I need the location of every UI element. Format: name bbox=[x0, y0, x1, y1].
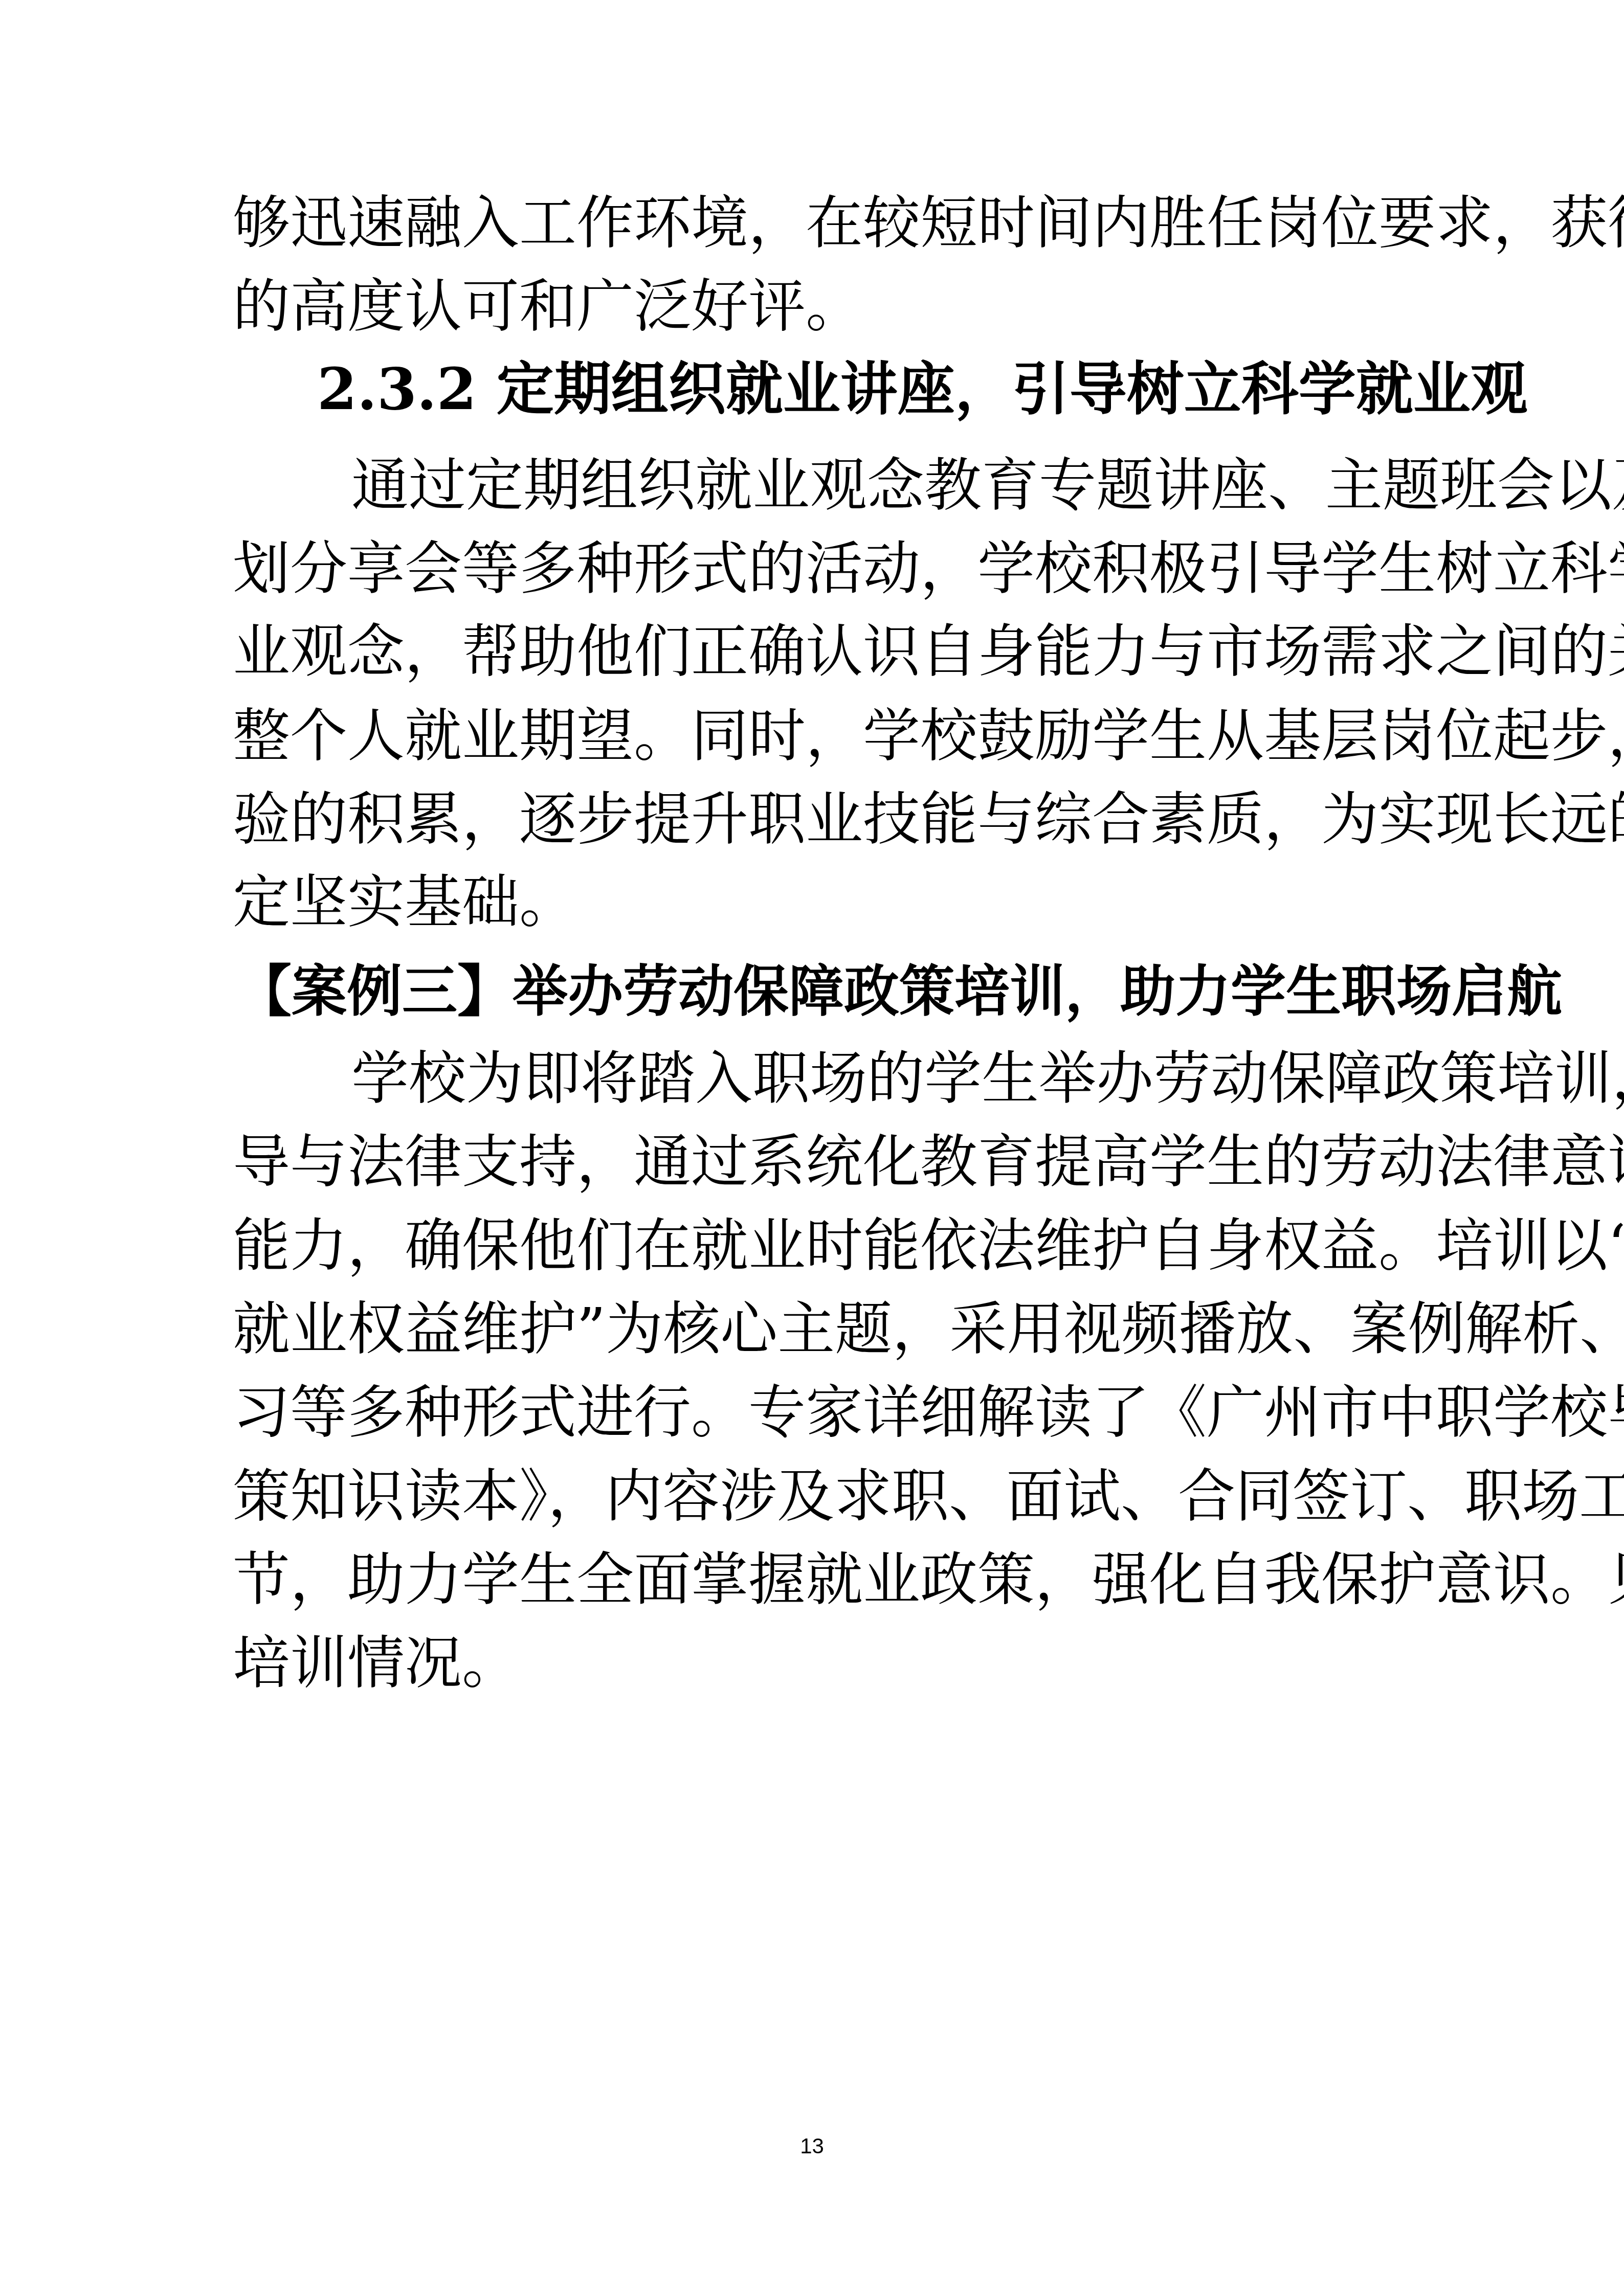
paragraph-line: 通过定期组织就业观念教育专题讲座、主题班会以及职业生涯规 bbox=[351, 450, 1374, 522]
paragraph-line: 整个人就业期望。同时，学校鼓励学生从基层岗位起步，注重实践经 bbox=[233, 701, 1374, 772]
document-page: 够迅速融入工作环境，在较短时间内胜任岗位要求，获得了用人单位 的高度认可和广泛好… bbox=[0, 0, 1624, 2296]
paragraph-line: 验的积累，逐步提升职业技能与综合素质，为实现长远的职业目标奠 bbox=[233, 784, 1374, 856]
paragraph-line: 节，助力学生全面掌握就业政策，强化自我保护意识。见图 2-5 学生 bbox=[233, 1544, 1374, 1616]
paragraph-line: 够迅速融入工作环境，在较短时间内胜任岗位要求，获得了用人单位 bbox=[233, 188, 1374, 259]
section-heading: 2.3.2 定期组织就业讲座，引导树立科学就业观 bbox=[317, 354, 1528, 425]
case-heading: 【案例三】举办劳动保障政策培训，助力学生职场启航 bbox=[236, 956, 1562, 1028]
paragraph-line: 能力，确保他们在就业时能依法维护自身权益。培训以“毕业生劳动 bbox=[233, 1210, 1374, 1282]
paragraph-line: 导与法律支持，通过系统化教育提高学生的劳动法律意识和职场适应 bbox=[233, 1127, 1374, 1198]
paragraph-line: 习等多种形式进行。专家详细解读了《广州市中职学校毕业生就业政 bbox=[233, 1377, 1374, 1449]
paragraph-line: 定坚实基础。 bbox=[233, 867, 1374, 938]
paragraph-line: 就业权益维护”为核心主题，采用视频播放、案例解析、法律法规学 bbox=[233, 1294, 1374, 1365]
paragraph-line: 培训情况。 bbox=[233, 1628, 1374, 1699]
page-number: 13 bbox=[0, 2133, 1624, 2159]
paragraph-line: 划分享会等多种形式的活动，学校积极引导学生树立科学、合理的就 bbox=[233, 533, 1374, 605]
paragraph-line: 的高度认可和广泛好评。 bbox=[233, 271, 1374, 343]
paragraph-line: 策知识读本》，内容涉及求职、面试、合同签订、职场工作等重要环 bbox=[233, 1461, 1374, 1533]
paragraph-line: 学校为即将踏入职场的学生举办劳动保障政策培训，给予全面指 bbox=[351, 1043, 1374, 1115]
paragraph-line: 业观念，帮助他们正确认识自身能力与市场需求之间的关系，合理调 bbox=[233, 616, 1374, 688]
